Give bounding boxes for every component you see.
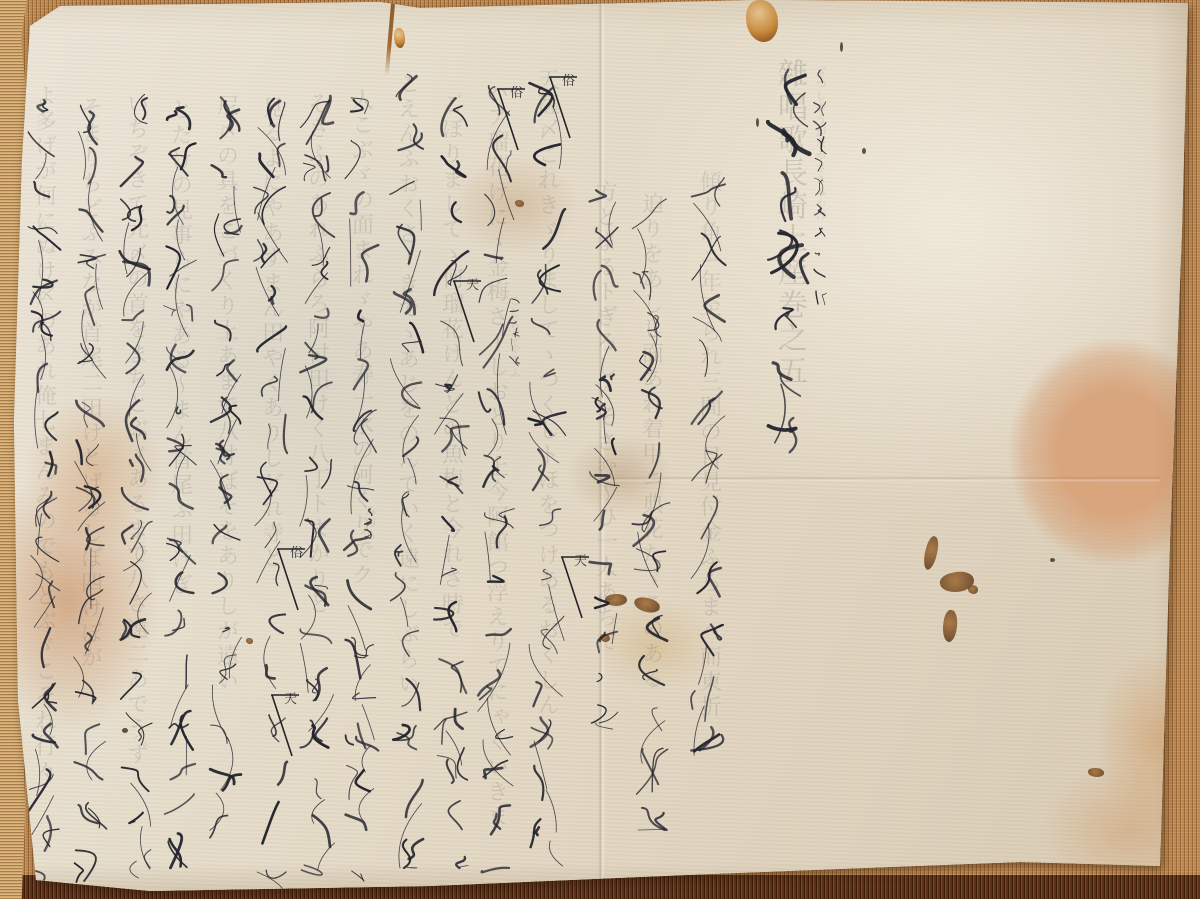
text-column: 人こぶゞの面まれゞやあ寿一水の阿くりでク [342, 88, 380, 876]
wormhole-damage [968, 585, 978, 594]
calligraphy-strokes [526, 68, 568, 868]
text-column: ハア瑠花けにゝ金梅さーしおとり上今阿館つ浮えりてにゃくいきま [476, 80, 516, 870]
text-column: いちぞきて元〆の首をまちとぶゞあるまで八さ遠二あでうず [118, 92, 154, 880]
calligraphy-strokes [813, 66, 827, 318]
dirt-speck [840, 42, 843, 52]
text-column: そさふのあれふらろ阿付田けく八丁トまかりと [298, 92, 336, 872]
calligraphy-strokes [208, 94, 244, 878]
fold-crease [600, 476, 1160, 482]
dirt-speck [862, 148, 866, 154]
calligraphy-strokes [162, 98, 198, 878]
genre-marker-label: 俗 [510, 82, 523, 101]
calligraphy-strokes [432, 92, 470, 870]
calligraphy-strokes [364, 505, 376, 545]
calligraphy-strokes [298, 92, 336, 872]
text-column: ごぼりましてゝ何瑠花けんどの魚梅と今れさ時で [432, 92, 470, 870]
wormhole-damage [941, 609, 959, 643]
text-column: 迫りをあしじ面あれ着甲ニ典花たゞこのある [630, 192, 672, 832]
text-column: 方とまるトぎろしくそさむ〜ひ一人あちて [588, 180, 622, 725]
text-column: こえんふおくさーきでゝあじをのんでいく遠にしぶらい [388, 72, 426, 870]
title-column: 雜唱歌長崎土産巻之五 [766, 58, 812, 466]
calligraphy-strokes [26, 84, 62, 884]
paper-tear [394, 28, 405, 48]
genre-marker-label: 俗 [562, 70, 575, 89]
dirt-speck [756, 118, 759, 127]
manuscript-photo: 雜唱歌長崎土産巻之五 ざつしやうがながさきみやげ 傾り角ニ年至られ三間の目見付金… [0, 0, 1200, 899]
genre-marker: 俗 [494, 84, 528, 154]
calligraphy-strokes [388, 72, 426, 870]
text-column: よ多げが何にぬけ〆のあれ俺七まんみのでもとぶゞこそれ行々 [26, 84, 62, 884]
paper-tear [746, 0, 778, 42]
title-furigana-column: ざつしやうがながさきみやげ [813, 66, 827, 318]
text-column: 尼〆の具をこづくり上あまで八寸ぼそをありしが遠い [208, 94, 244, 878]
genre-marker: 天 [268, 690, 302, 760]
calligraphy-strokes [118, 92, 154, 880]
dirt-speck [1050, 558, 1055, 562]
calligraphy-strokes [630, 192, 672, 832]
text-column: 傾り角ニ年至られ三間の目見付金ふらまへ而東折 [688, 170, 730, 770]
wormhole-damage [515, 200, 524, 207]
genre-marker: 天 [450, 276, 484, 346]
calligraphy-strokes [508, 295, 520, 369]
manuscript-paper: 雜唱歌長崎土産巻之五 ざつしやうがながさきみやげ 傾り角ニ年至られ三間の目見付金… [10, 0, 1192, 897]
text-column: とだけの見事らにやある〜まん首尾ふ田けぎ [162, 98, 198, 878]
genre-marker: 俗 [274, 544, 308, 614]
paper-wrap: 雜唱歌長崎土産巻之五 ざつしやうがながさきみやげ 傾り角ニ年至られ三間の目見付金… [10, 0, 1192, 897]
genre-marker: 俗 [546, 72, 580, 142]
text-column: 天薩〆これきゞりましてゝつくしトほをつけあるおくしん [526, 68, 568, 868]
genre-marker-label: 天 [466, 274, 479, 293]
genre-marker-label: 天 [284, 688, 297, 707]
calligraphy-strokes [766, 58, 812, 466]
calligraphy-strokes [588, 180, 622, 725]
calligraphy-strokes [342, 88, 380, 876]
calligraphy-strokes [688, 170, 730, 770]
dirt-speck [930, 888, 990, 893]
calligraphy-strokes [72, 96, 108, 884]
calligraphy-strokes [476, 80, 516, 870]
genre-marker-label: 俗 [290, 542, 303, 561]
furigana-column: こしらひやうふ [508, 295, 520, 369]
genre-marker-label: 天 [574, 550, 587, 569]
text-column: そまりちどふみなが首尾二田けとげるしぼ四けぼが [72, 96, 108, 884]
furigana-column: みづら [364, 505, 376, 545]
wormhole-damage [1088, 768, 1104, 777]
wormhole-damage [921, 535, 941, 571]
genre-marker: 天 [558, 552, 592, 622]
